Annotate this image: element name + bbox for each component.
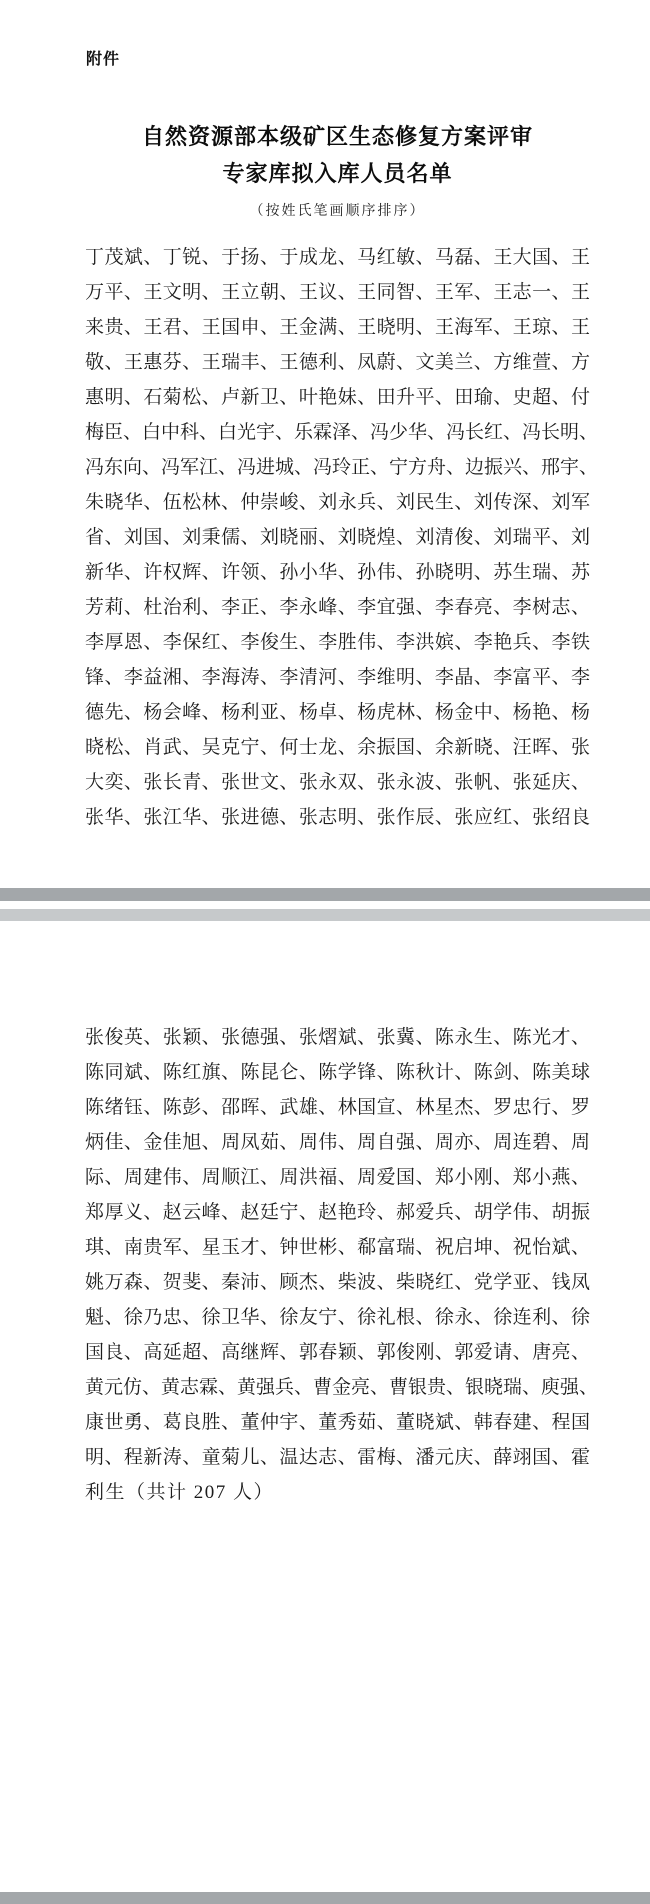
name-list-line: 惠明、石菊松、卢新卫、叶艳妹、田升平、田瑜、史超、付 bbox=[85, 380, 590, 415]
name-list-line: 晓松、肖武、吴克宁、何士龙、余振国、余新晓、汪晖、张 bbox=[85, 730, 590, 765]
attachment-label: 附件 bbox=[86, 46, 120, 69]
name-list-line: 康世勇、葛良胜、董仲宇、董秀茹、董晓斌、韩春建、程国 bbox=[85, 1405, 590, 1440]
name-list-line: 陈绪钰、陈彭、邵晖、武雄、林国宣、林星杰、罗忠行、罗 bbox=[85, 1090, 590, 1125]
name-list-line: 朱晓华、伍松林、仲崇峻、刘永兵、刘民生、刘传深、刘军 bbox=[85, 485, 590, 520]
document-title: 自然资源部本级矿区生态修复方案评审 专家库拟入库人员名单 bbox=[85, 118, 590, 192]
name-list-line: 利生（共计 207 人） bbox=[85, 1475, 590, 1510]
document-page: 附件 自然资源部本级矿区生态修复方案评审 专家库拟入库人员名单 （按姓氏笔画顺序… bbox=[0, 0, 650, 1904]
name-list-line: 魁、徐乃忠、徐卫华、徐友宁、徐礼根、徐永、徐连利、徐 bbox=[85, 1300, 590, 1335]
page-separator-edge bbox=[0, 909, 650, 921]
name-list-line: 张华、张江华、张进德、张志明、张作辰、张应红、张绍良 bbox=[85, 800, 590, 835]
name-list-line: 梅臣、白中科、白光宇、乐霖泽、冯少华、冯长红、冯长明、 bbox=[85, 415, 590, 450]
page-separator-shadow bbox=[0, 888, 650, 901]
name-list-line: 国良、高延超、高继辉、郭春颖、郭俊刚、郭爱请、唐亮、 bbox=[85, 1335, 590, 1370]
name-list-line: 丁茂斌、丁锐、于扬、于成龙、马红敏、马磊、王大国、王 bbox=[85, 240, 590, 275]
name-list-line: 大奕、张长青、张世文、张永双、张永波、张帆、张延庆、 bbox=[85, 765, 590, 800]
name-list-line: 陈同斌、陈红旗、陈昆仑、陈学锋、陈秋计、陈剑、陈美球 bbox=[85, 1055, 590, 1090]
name-list-line: 李厚恩、李保红、李俊生、李胜伟、李洪嫔、李艳兵、李铁 bbox=[85, 625, 590, 660]
document-title-line-1: 自然资源部本级矿区生态修复方案评审 bbox=[85, 118, 590, 155]
name-list-line: 际、周建伟、周顺江、周洪福、周爱国、郑小刚、郑小燕、 bbox=[85, 1160, 590, 1195]
sort-order-subtitle: （按姓氏笔画顺序排序） bbox=[85, 200, 590, 220]
next-page-separator-edge bbox=[0, 1892, 650, 1904]
name-list-line: 锋、李益湘、李海涛、李清河、李维明、李晶、李富平、李 bbox=[85, 660, 590, 695]
name-list-line: 省、刘国、刘秉儒、刘晓丽、刘晓煌、刘清俊、刘瑞平、刘 bbox=[85, 520, 590, 555]
name-list-line: 黄元仿、黄志霖、黄强兵、曹金亮、曹银贵、银晓瑞、庾强、 bbox=[85, 1370, 590, 1405]
name-list-line: 姚万森、贺斐、秦沛、顾杰、柴波、柴晓红、党学亚、钱凤 bbox=[85, 1265, 590, 1300]
name-list-line: 来贵、王君、王国申、王金满、王晓明、王海军、王琼、王 bbox=[85, 310, 590, 345]
document-title-line-2: 专家库拟入库人员名单 bbox=[85, 155, 590, 192]
name-list-page-1: 丁茂斌、丁锐、于扬、于成龙、马红敏、马磊、王大国、王万平、王文明、王立朝、王议、… bbox=[85, 240, 590, 835]
name-list-line: 德先、杨会峰、杨利亚、杨卓、杨虎林、杨金中、杨艳、杨 bbox=[85, 695, 590, 730]
name-list-page-2: 张俊英、张颖、张德强、张熠斌、张冀、陈永生、陈光才、陈同斌、陈红旗、陈昆仑、陈学… bbox=[85, 1020, 590, 1510]
name-list-line: 炳佳、金佳旭、周凤茹、周伟、周自强、周亦、周连碧、周 bbox=[85, 1125, 590, 1160]
name-list-line: 冯东向、冯军江、冯进城、冯玲正、宁方舟、边振兴、邢宇、 bbox=[85, 450, 590, 485]
name-list-line: 琪、南贵军、星玉才、钟世彬、郗富瑞、祝启坤、祝怡斌、 bbox=[85, 1230, 590, 1265]
name-list-line: 芳莉、杜治利、李正、李永峰、李宜强、李春亮、李树志、 bbox=[85, 590, 590, 625]
name-list-line: 郑厚义、赵云峰、赵廷宁、赵艳玲、郝爱兵、胡学伟、胡振 bbox=[85, 1195, 590, 1230]
name-list-line: 万平、王文明、王立朝、王议、王同智、王军、王志一、王 bbox=[85, 275, 590, 310]
name-list-line: 明、程新涛、童菊儿、温达志、雷梅、潘元庆、薛翊国、霍 bbox=[85, 1440, 590, 1475]
page-separator bbox=[0, 888, 650, 921]
name-list-line: 新华、许权辉、许领、孙小华、孙伟、孙晓明、苏生瑞、苏 bbox=[85, 555, 590, 590]
name-list-line: 敬、王惠芬、王瑞丰、王德利、凤蔚、文美兰、方维萱、方 bbox=[85, 345, 590, 380]
name-list-line: 张俊英、张颖、张德强、张熠斌、张冀、陈永生、陈光才、 bbox=[85, 1020, 590, 1055]
